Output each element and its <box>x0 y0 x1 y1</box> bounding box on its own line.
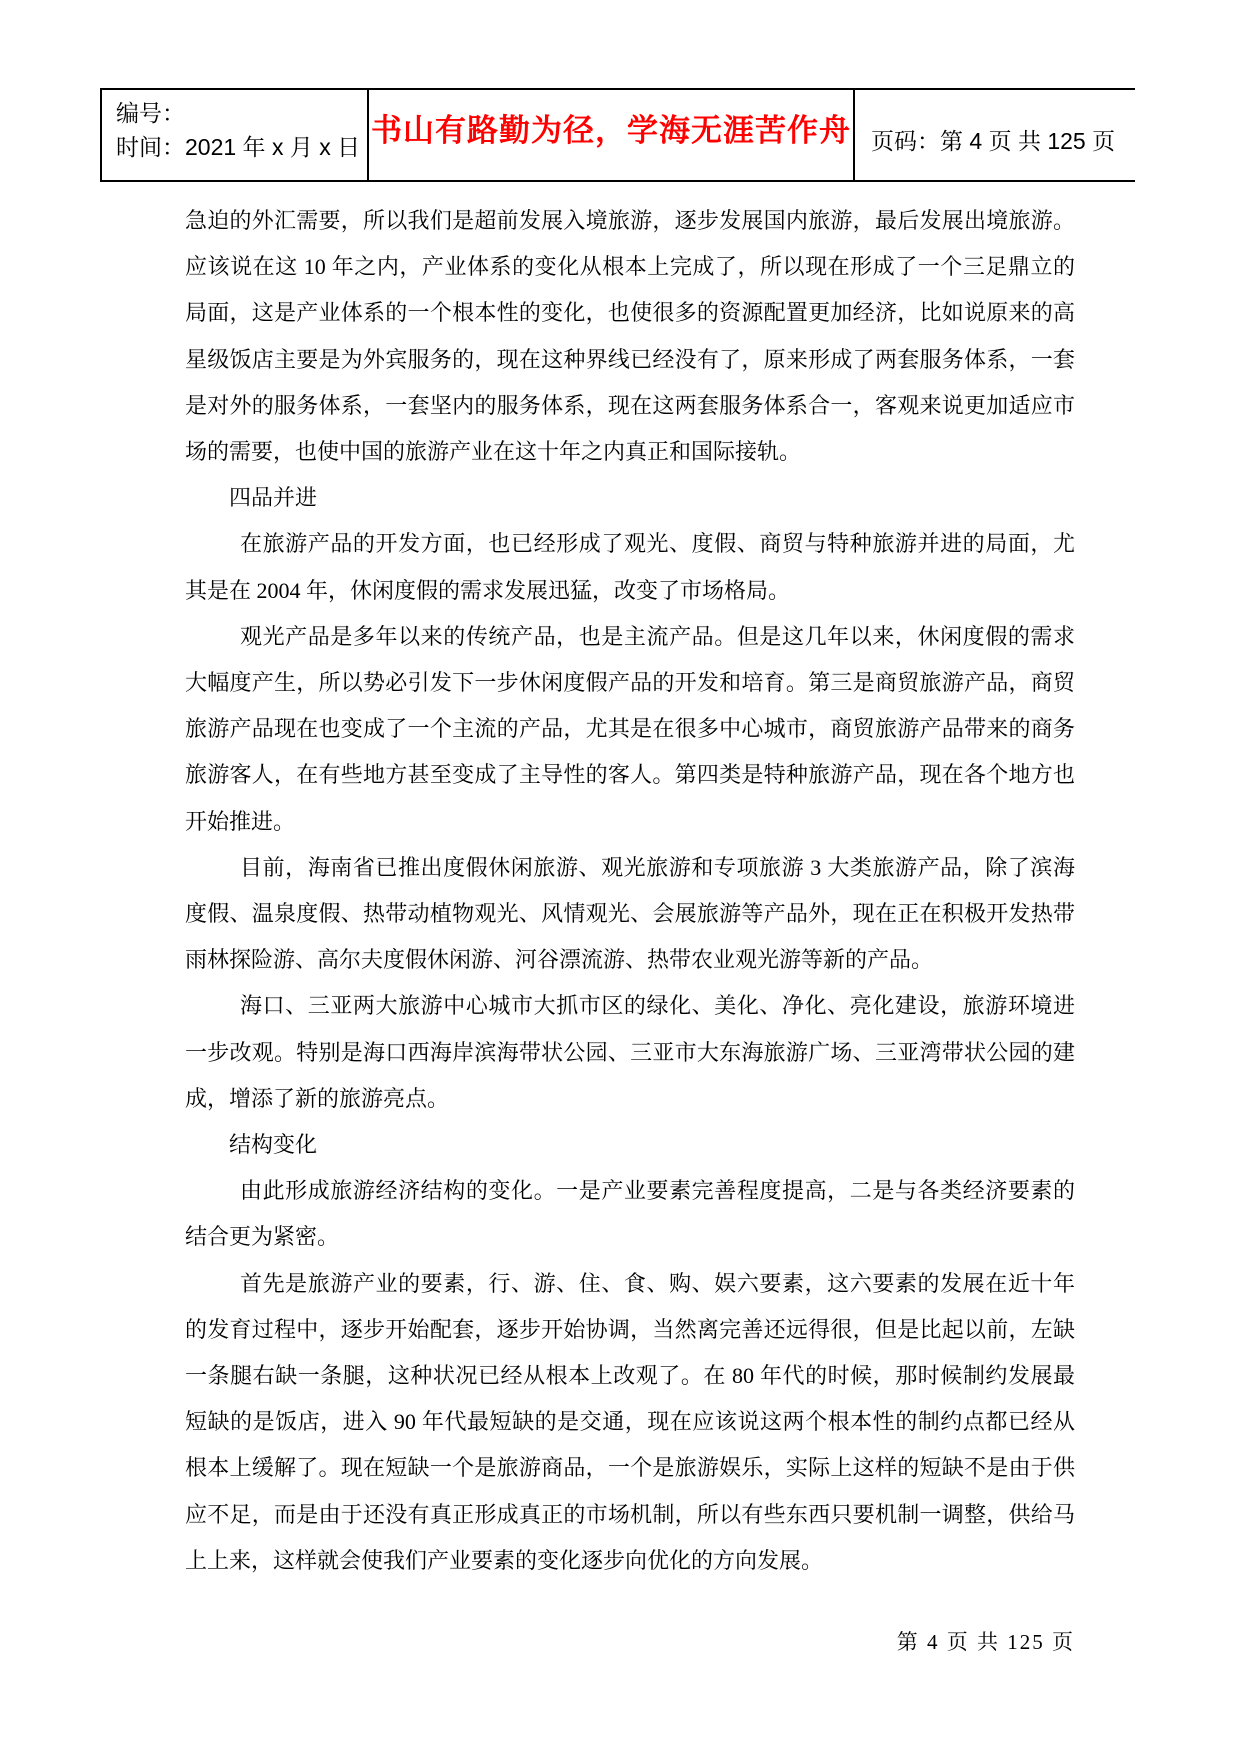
footer-page-number: 第 4 页 共 125 页 <box>897 1630 1075 1654</box>
header-meta-cell: 编号： 时间：2021 年 x 月 x 日 <box>102 90 369 180</box>
page-number-label: 页码：第 4 页 共 125 页 <box>871 123 1115 156</box>
paragraph: 观光产品是多年以来的传统产品，也是主流产品。但是这几年以来，休闲度假的需求大幅度… <box>185 614 1075 845</box>
doc-number-label: 编号： <box>116 96 367 130</box>
paragraph: 目前，海南省已推出度假休闲旅游、观光旅游和专项旅游 3 大类旅游产品，除了滨海度… <box>185 845 1075 984</box>
page-footer: 第 4 页 共 125 页 <box>185 1626 1075 1656</box>
header-page-cell: 页码：第 4 页 共 125 页 <box>855 90 1135 180</box>
motto-text: 书山有路勤为径，学海无涯苦作舟 <box>371 105 851 150</box>
section-heading: 四品并进 <box>185 475 1075 521</box>
document-body: 急迫的外汇需要，所以我们是超前发展入境旅游，逐步发展国内旅游，最后发展出境旅游。… <box>185 198 1075 1584</box>
paragraph: 急迫的外汇需要，所以我们是超前发展入境旅游，逐步发展国内旅游，最后发展出境旅游。… <box>185 198 1075 475</box>
paragraph: 海口、三亚两大旅游中心城市大抓市区的绿化、美化、净化、亮化建设，旅游环境进一步改… <box>185 983 1075 1122</box>
document-page: 编号： 时间：2021 年 x 月 x 日 书山有路勤为径，学海无涯苦作舟 页码… <box>0 0 1241 1754</box>
paragraph: 首先是旅游产业的要素，行、游、住、食、购、娱六要素，这六要素的发展在近十年的发育… <box>185 1261 1075 1584</box>
section-heading: 结构变化 <box>185 1122 1075 1168</box>
header-table: 编号： 时间：2021 年 x 月 x 日 书山有路勤为径，学海无涯苦作舟 页码… <box>100 88 1135 182</box>
doc-time-label: 时间：2021 年 x 月 x 日 <box>116 130 367 164</box>
header-motto-cell: 书山有路勤为径，学海无涯苦作舟 <box>369 90 855 180</box>
paragraph: 由此形成旅游经济结构的变化。一是产业要素完善程度提高，二是与各类经济要素的结合更… <box>185 1168 1075 1260</box>
paragraph: 在旅游产品的开发方面，也已经形成了观光、度假、商贸与特种旅游并进的局面，尤其是在… <box>185 521 1075 613</box>
